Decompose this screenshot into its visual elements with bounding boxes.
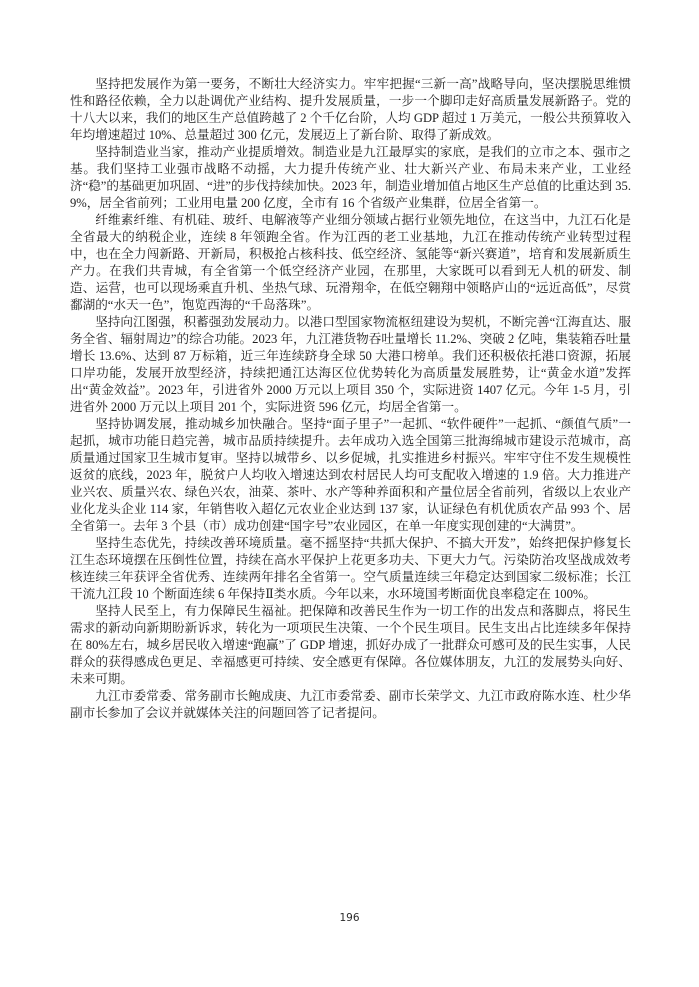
document-page: 坚持把发展作为第一要务，不断壮大经济实力。牢牢把握“三新一高”战略导向，坚决摆脱… <box>0 0 699 987</box>
page-footer: 196 <box>0 908 699 926</box>
page-number: 196 <box>339 912 359 924</box>
body-paragraph: 九江市委常委、常务副市长鲍成庚、九江市委常委、副市长荣学文、九江市政府陈水连、杜… <box>70 688 631 722</box>
body-paragraph: 坚持制造业当家，推动产业提质增效。制造业是九江最厚实的家底，是我们的立市之本、强… <box>70 144 631 212</box>
body-paragraph: 坚持生态优先，持续改善环境质量。毫不摇坚持“共抓大保护、不搞大开发”，始终把保护… <box>70 535 631 603</box>
body-paragraph: 坚持人民至上，有力保障民生福祉。把保障和改善民生作为一切工作的出发点和落脚点，将… <box>70 603 631 688</box>
document-text-block: 坚持把发展作为第一要务，不断壮大经济实力。牢牢把握“三新一高”战略导向，坚决摆脱… <box>70 76 631 722</box>
body-paragraph: 坚持向江图强，积蓄强劲发展动力。以港口型国家物流枢纽建设为契机，不断完善“江海直… <box>70 314 631 416</box>
body-paragraph: 坚持把发展作为第一要务，不断壮大经济实力。牢牢把握“三新一高”战略导向，坚决摆脱… <box>70 76 631 144</box>
body-paragraph: 坚持协调发展，推动城乡加快融合。坚持“面子里子”一起抓、“软件硬件”一起抓、“颜… <box>70 416 631 535</box>
body-paragraph: 纤维素纤维、有机硅、玻纤、电解液等产业细分领域占据行业领先地位，在这当中，九江石… <box>70 212 631 314</box>
